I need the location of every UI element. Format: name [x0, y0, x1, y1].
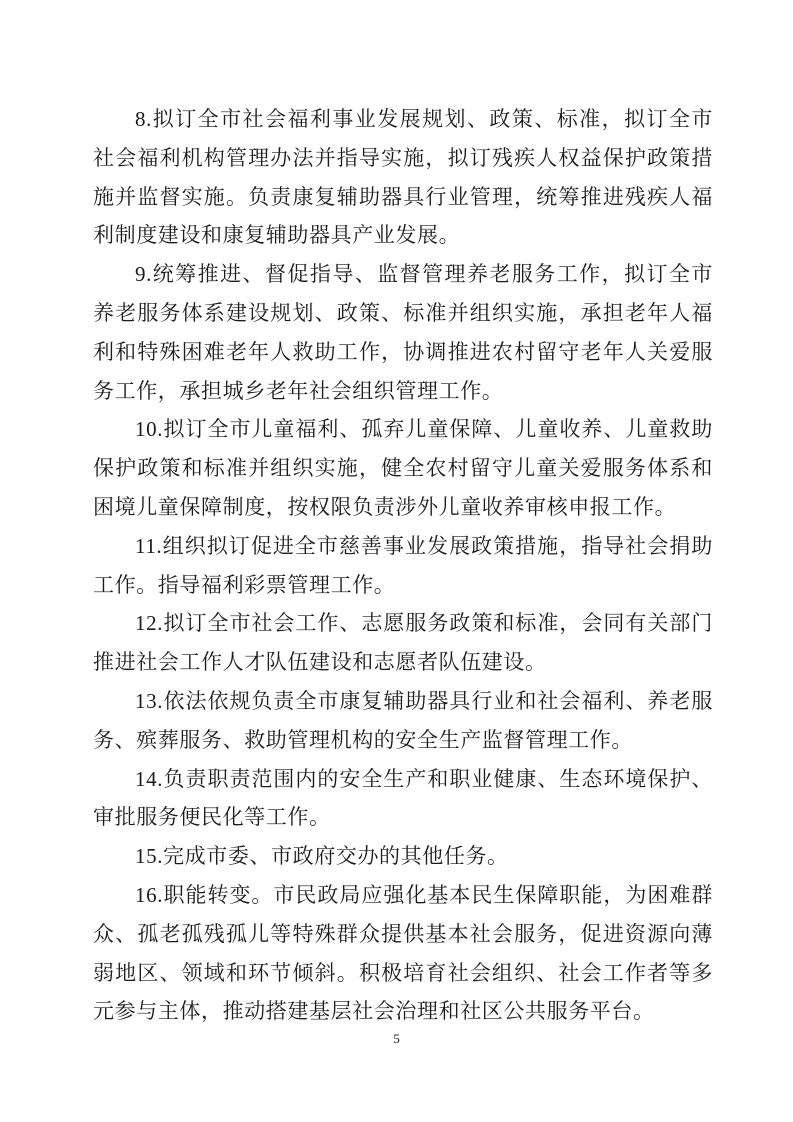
paragraph-item-10: 10.拟订全市儿童福利、孤弃儿童保障、儿童收养、儿童救助保护政策和标准并组织实施…: [93, 410, 713, 526]
paragraph-item-11: 11.组织拟订促进全市慈善事业发展政策措施，指导社会捐助工作。指导福利彩票管理工…: [93, 527, 713, 605]
paragraph-item-8: 8.拟订全市社会福利事业发展规划、政策、标准，拟订全市社会福利机构管理办法并指导…: [93, 100, 713, 255]
paragraph-item-13: 13.依法依规负责全市康复辅助器具行业和社会福利、养老服务、殡葬服务、救助管理机…: [93, 682, 713, 760]
paragraph-item-12: 12.拟订全市社会工作、志愿服务政策和标准，会同有关部门推进社会工作人才队伍建设…: [93, 604, 713, 682]
page-number: 5: [0, 1031, 793, 1047]
paragraph-item-14: 14.负责职责范围内的安全生产和职业健康、生态环境保护、审批服务便民化等工作。: [93, 760, 713, 838]
paragraph-item-16: 16.职能转变。市民政局应强化基本民生保障职能，为困难群众、孤老孤残孤儿等特殊群…: [93, 876, 713, 1031]
document-body: 8.拟订全市社会福利事业发展规划、政策、标准，拟订全市社会福利机构管理办法并指导…: [93, 100, 713, 1031]
paragraph-item-9: 9.统筹推进、督促指导、监督管理养老服务工作，拟订全市养老服务体系建设规划、政策…: [93, 255, 713, 410]
paragraph-item-15: 15.完成市委、市政府交办的其他任务。: [93, 837, 713, 876]
document-page: 8.拟订全市社会福利事业发展规划、政策、标准，拟订全市社会福利机构管理办法并指导…: [0, 0, 793, 1122]
